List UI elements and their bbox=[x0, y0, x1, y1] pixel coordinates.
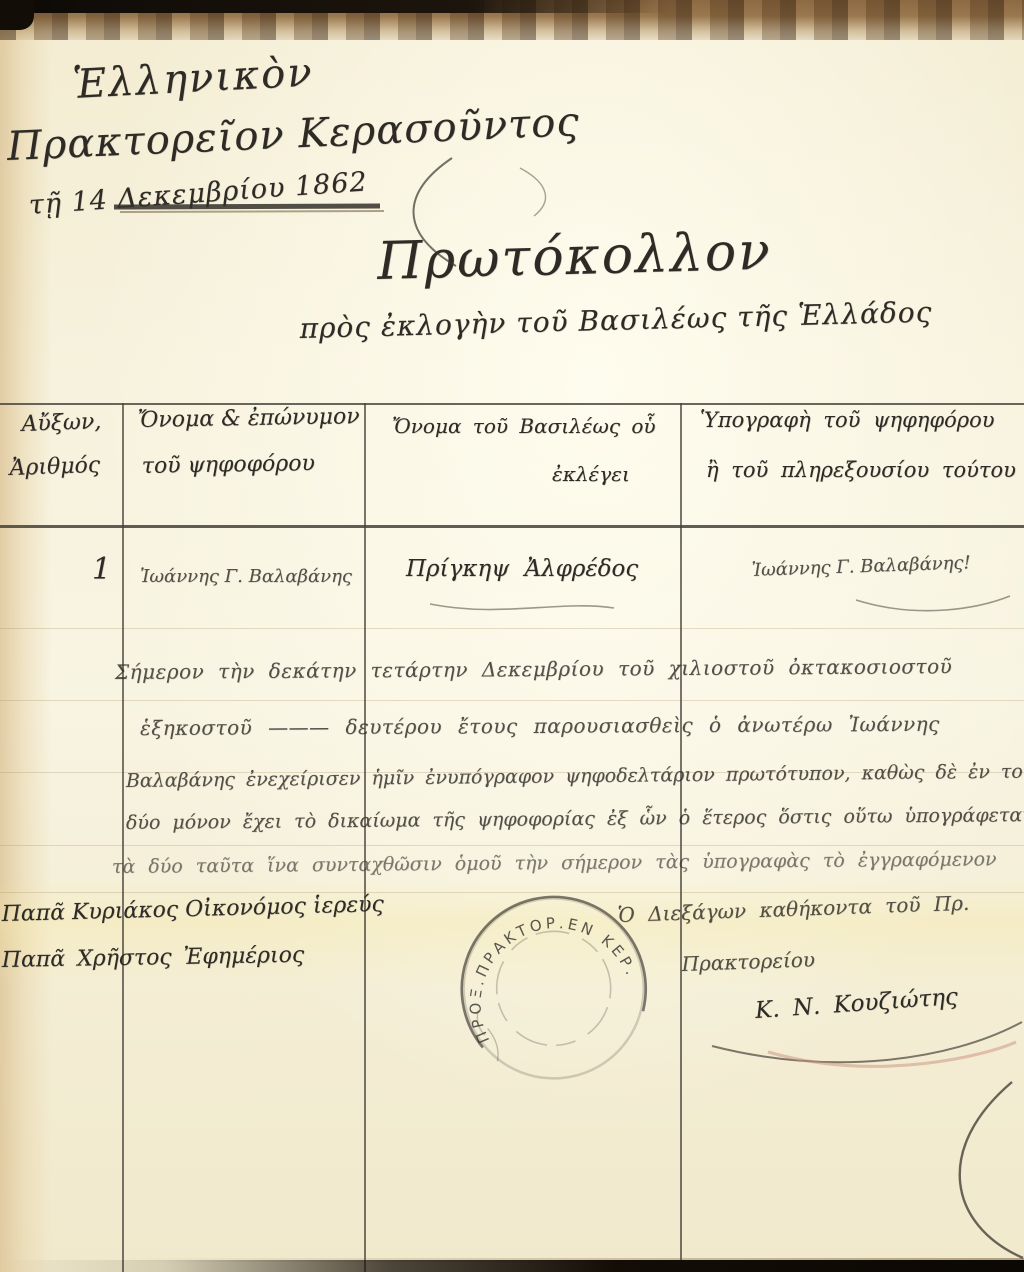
letterhead-country: Ἑλληνικὸν bbox=[72, 49, 315, 108]
table-column-border bbox=[680, 403, 682, 1272]
header-signature-line2: ἢ τοῦ πληρεξουσίου τούτου bbox=[706, 458, 1016, 482]
scan-bottom-band bbox=[0, 1260, 1024, 1272]
scanned-document-page: Ἑλληνικὸν Πρακτορεῖον Κερασοῦντος τῇ 14 … bbox=[0, 0, 1024, 1272]
table-column-border bbox=[122, 403, 124, 1272]
header-serial-number-line1: Αὔξων, bbox=[21, 409, 102, 437]
body-line: τὰ δύο ταῦτα ἵνα συνταχθῶσιν ὁμοῦ τὴν σή… bbox=[112, 848, 997, 878]
row-serial-number: 1 bbox=[92, 552, 111, 587]
header-voter-name-line1: Ὄνομα & ἐπώνυμον bbox=[138, 404, 360, 433]
witness-signature-2: Παπᾶ Χρῆστος Ἐφημέριος bbox=[2, 943, 305, 973]
document-title: Πρωτόκολλον bbox=[376, 222, 772, 292]
ruled-line bbox=[0, 700, 1024, 701]
scan-top-corner bbox=[0, 0, 34, 30]
body-line: ἑξηκοστοῦ ——— δευτέρου ἔτους παρουσιασθε… bbox=[140, 712, 940, 740]
table-column-border bbox=[364, 403, 366, 1272]
header-king-name-line2: ἐκλέγει bbox=[552, 462, 630, 486]
body-line: δύο μόνον ἔχει τὸ δικαίωμα τῆς ψηφοφορία… bbox=[126, 804, 1024, 834]
header-signature-line1: Ὑπογραφὴ τοῦ ψηφηφόρου bbox=[700, 408, 995, 432]
table-top-border bbox=[0, 403, 1024, 405]
ruled-line bbox=[0, 628, 1024, 629]
table-header-border bbox=[0, 525, 1024, 528]
scan-top-right-patch bbox=[1008, 0, 1024, 56]
ruled-line bbox=[0, 845, 1024, 846]
row-voter-name: Ἰωάννης Γ. Βαλαβάνης bbox=[140, 566, 352, 587]
row-voter-signature: Ἰωάννης Γ. Βαλαβάνης! bbox=[751, 552, 971, 581]
scan-top-black-strip bbox=[0, 0, 668, 13]
official-title-line2: Πρακτορείου bbox=[681, 947, 815, 976]
header-voter-name-line2: τοῦ ψηφοφόρου bbox=[142, 451, 315, 479]
row-king-choice: Πρίγκηψ Ἀλφρέδος bbox=[406, 556, 638, 582]
letterhead-office: Πρακτορεῖον Κερασοῦντος bbox=[6, 99, 581, 170]
ruled-line bbox=[0, 892, 1024, 893]
document-subtitle: πρὸς ἐκλογὴν τοῦ Βασιλέως τῆς Ἑλλάδος bbox=[299, 295, 933, 345]
header-king-name-line1: Ὄνομα τοῦ Βασιλέως οὗ bbox=[392, 414, 656, 438]
body-line: Σήμερον τὴν δεκάτην τετάρτην Δεκεμβρίου … bbox=[115, 654, 953, 684]
header-serial-number-line2: Ἀριθμός bbox=[9, 453, 100, 481]
letterhead-date: τῇ 14 Δεκεμβρίου 1862 bbox=[28, 166, 369, 221]
official-signature: Κ. Ν. Κουζιώτης bbox=[754, 984, 959, 1024]
body-line: Βαλαβάνης ἐνεχείρισεν ἡμῖν ἐνυπόγραφον ψ… bbox=[126, 760, 1024, 792]
